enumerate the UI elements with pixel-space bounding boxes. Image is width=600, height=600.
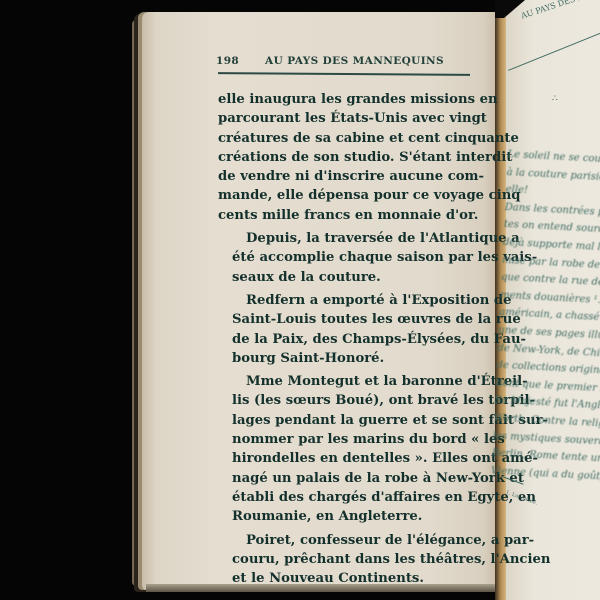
- text-line: Redfern a emporté à l'Exposition de: [218, 291, 472, 310]
- text-line: Roumanie, en Angleterre.: [218, 507, 472, 526]
- text-line: elle inaugura les grandes missions en: [218, 90, 472, 109]
- text-line: nommer par les marins du bord « les: [218, 430, 472, 449]
- paragraph: Poiret, confesseur de l'élégance, a par-…: [218, 531, 472, 589]
- text-line: de la Paix, des Champs-Élysées, du Fau-: [218, 330, 472, 349]
- text-line: bourg Saint-Honoré.: [218, 349, 472, 368]
- text-line: Poiret, confesseur de l'élégance, a par-: [218, 531, 472, 550]
- ornament-icon: ∴: [552, 94, 558, 104]
- text-line: cents mille francs en monnaie d'or.: [218, 206, 472, 225]
- text-line: créations de son studio. S'étant interdi…: [218, 148, 472, 167]
- running-head: 198 AU PAYS DES MANNEQUINS: [216, 55, 470, 67]
- text-line: créatures de sa cabine et cent cinquante: [218, 129, 472, 148]
- body-text: elle inaugura les grandes missions enpar…: [218, 90, 472, 588]
- text-line: lis (les sœurs Boué), ont bravé les torp…: [218, 391, 472, 410]
- text-line: Depuis, la traversée de l'Atlantique a: [218, 229, 472, 248]
- paragraph: Depuis, la traversée de l'Atlantique aét…: [218, 229, 472, 287]
- text-line: de vendre ni d'inscrire aucune com-: [218, 167, 472, 186]
- right-page-text: Le soleil ne se couche pas surà la coutu…: [491, 146, 600, 487]
- text-line: et le Nouveau Continents.: [218, 569, 472, 588]
- text-line: Saint-Louis toutes les œuvres de la rue: [218, 310, 472, 329]
- running-head-title: AU PAYS DES MANNEQUINS: [265, 55, 444, 67]
- text-line: nagé un palais de la robe à New-York et: [218, 469, 472, 488]
- text-line: établi des chargés d'affaires en Egyte, …: [218, 488, 472, 507]
- text-line: Mme Montegut et la baronne d'Étreil-: [218, 372, 472, 391]
- text-line: été accomplie chaque saison par les vais…: [218, 248, 472, 267]
- page-number: 198: [216, 55, 239, 67]
- text-line: parcourant les États-Unis avec vingt: [218, 109, 472, 128]
- paragraph: Redfern a emporté à l'Exposition deSaint…: [218, 291, 472, 368]
- text-line: seaux de la couture.: [218, 268, 472, 287]
- text-line: hirondelles en dentelles ». Elles ont am…: [218, 449, 472, 468]
- text-line: lages pendant la guerre et se sont fait …: [218, 411, 472, 430]
- text-line: mande, elle dépensa pour ce voyage cinq: [218, 186, 472, 205]
- paragraph: Mme Montegut et la baronne d'Étreil-lis …: [218, 372, 472, 526]
- paragraph: elle inaugura les grandes missions enpar…: [218, 90, 472, 225]
- text-line: couru, prêchant dans les théâtres, l'Anc…: [218, 550, 472, 569]
